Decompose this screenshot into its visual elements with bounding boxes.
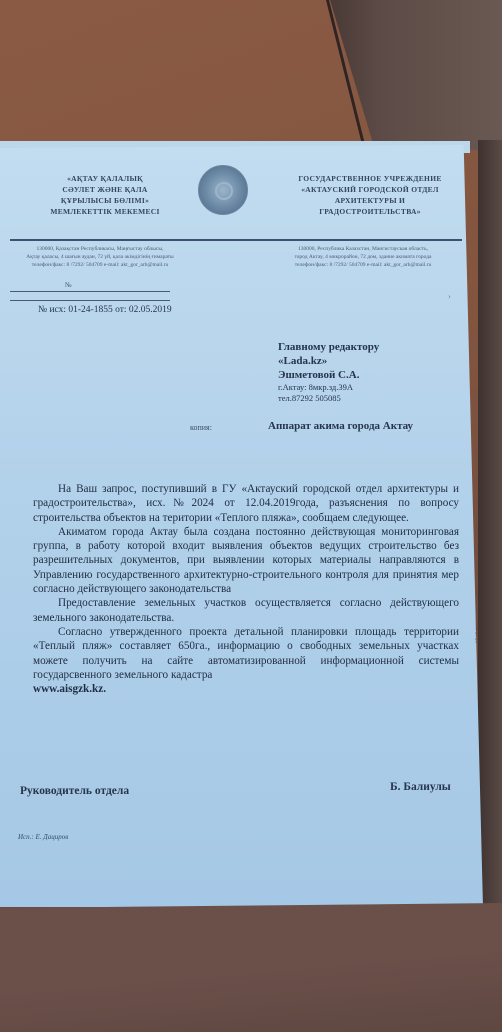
body-paragraph: Предоставление земельных участков осущес…	[33, 596, 459, 625]
address-line: 130000, Қазақстан Республикасы, Маңғыста…	[0, 245, 200, 253]
address-russian: 130000, Республика Казахстан, Мангистаус…	[258, 245, 468, 269]
header-ru-line: ГРАДОСТРОИТЕЛЬСТВА»	[280, 206, 460, 217]
address-kazakh: 130000, Қазақстан Республикасы, Маңғыста…	[0, 245, 200, 269]
website-link[interactable]: www.aisgzk.kz.	[33, 682, 459, 696]
outgoing-number: № исх: 01-24-1855 от: 02.05.2019	[38, 305, 172, 315]
signatory-position: Руководитель отдела	[20, 785, 129, 797]
header-kz-line: МЕМЛЕКЕТТІК МЕКЕМЕСІ	[30, 206, 180, 217]
desk-background-side	[478, 140, 502, 905]
header-ru-line: ГОСУДАРСТВЕННОЕ УЧРЕЖДЕНИЕ	[280, 173, 460, 184]
recipient-phone: тел.87292 505085	[278, 393, 379, 404]
recipient-name: Эшметовой С.А.	[278, 368, 379, 382]
recipient-address: г.Актау: 8мкр.зд.39А	[278, 382, 379, 393]
recipient-organization: «Lada.kz»	[278, 354, 379, 368]
desk-background-bottom	[0, 903, 502, 1032]
letter-body: На Ваш запрос, поступивший в ГУ «Актауск…	[33, 482, 459, 696]
address-line: телефон/факс: 8 /7292/ 504709 e-mail: ak…	[258, 261, 468, 269]
body-paragraph: Согласно утвержденного проекта детальной…	[33, 625, 459, 682]
executor-note: Исп.: Е. Дациров	[18, 833, 68, 841]
address-line: 130000, Республика Казахстан, Мангистаус…	[258, 245, 468, 253]
blank-number-label: №	[65, 281, 72, 289]
blank-number-field: №	[10, 281, 170, 292]
header-kz-line: ҚҰРЫЛЫСЫ БӨЛІМІ»	[30, 195, 180, 206]
header-kazakh: «АҚТАУ ҚАЛАЛЫҚ СӘУЛЕТ ЖӘНЕ ҚАЛА ҚҰРЫЛЫСЫ…	[30, 173, 180, 217]
body-paragraph: Акиматом города Актау была создана посто…	[33, 525, 459, 596]
copy-label: копия:	[190, 423, 212, 432]
handwritten-mark: ›	[448, 292, 451, 301]
recipient-title: Главному редактору	[278, 340, 379, 354]
header-kz-line: СӘУЛЕТ ЖӘНЕ ҚАЛА	[30, 184, 180, 195]
recipient-block: Главному редактору «Lada.kz» Эшметовой С…	[278, 340, 379, 404]
body-paragraph: На Ваш запрос, поступивший в ГУ «Актауск…	[33, 482, 459, 525]
address-line: Ақтау қаласы, 4 шағын аудан, 72 үй, қала…	[0, 253, 200, 261]
signatory-name: Б. Балиулы	[390, 781, 451, 793]
letter-document: «АҚТАУ ҚАЛАЛЫҚ СӘУЛЕТ ЖӘНЕ ҚАЛА ҚҰРЫЛЫСЫ…	[0, 145, 483, 907]
copy-recipient: Аппарат акима города Актау	[268, 420, 413, 432]
header-ru-line: АРХИТЕКТУРЫ И	[280, 195, 460, 206]
address-line: телефон/факс: 8 /7292/ 504709 e-mail: ak…	[0, 261, 200, 269]
header-kz-line: «АҚТАУ ҚАЛАЛЫҚ	[30, 173, 180, 184]
header-divider	[10, 239, 462, 241]
desk-background-right	[330, 0, 502, 150]
state-emblem-icon	[198, 165, 248, 215]
header-russian: ГОСУДАРСТВЕННОЕ УЧРЕЖДЕНИЕ «АКТАУСКИЙ ГО…	[280, 173, 460, 217]
header-ru-line: «АКТАУСКИЙ ГОРОДСКОЙ ОТДЕЛ	[280, 184, 460, 195]
blank-line	[10, 300, 170, 301]
address-line: город Актау, 4 микрорайон, 72 дом, здани…	[258, 253, 468, 261]
